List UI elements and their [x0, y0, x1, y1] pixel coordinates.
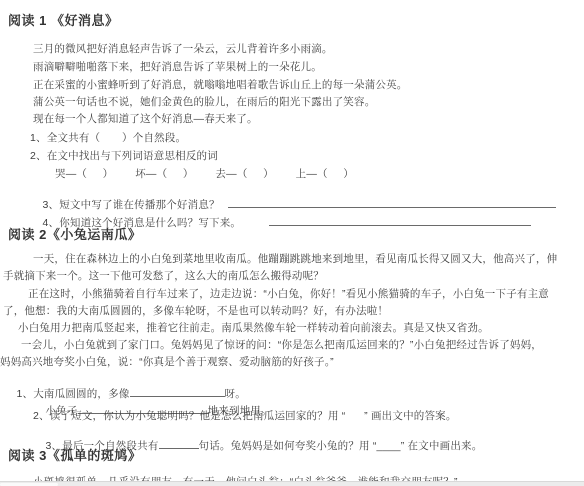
- paragraph-line: 小白兔用力把南瓜竖起来，推着它往前走。南瓜果然像车轮一样转动着向前滚去。真是又快…: [18, 322, 489, 334]
- answer-blank-line: [269, 216, 531, 226]
- question-line-2: 2、读了短文，你认为小兔聪明吗？他是怎么把南瓜运回家的？用 “ ” 画出文中的答…: [33, 410, 457, 422]
- paragraph-line: 正在这时，小熊猫骑着自行车过来了，边走边说：“小白兔，你好！”看见小熊猫骑的车子…: [28, 288, 549, 300]
- document-page: 阅读 1 《好消息》 三月的微风把好消息轻声告诉了一朵云，云儿背着许多小雨滴。 …: [0, 0, 584, 486]
- section-heading-reading1: 阅读 1 《好消息》: [8, 13, 118, 28]
- antonym-blanks-line: 哭—（ ） 坏—（ ） 去—（ ） 上—（ ）: [55, 168, 354, 180]
- horizontal-scrollbar[interactable]: [0, 481, 584, 486]
- paragraph-line: 了，他想：我的大南瓜圆圆的，多像车轮呀，不是也可以转动吗？好，有办法啦！: [3, 305, 388, 317]
- paragraph-line: 手就摘下来一个。这一下他可发愁了，这么大的南瓜怎么搬得动呢？: [3, 270, 324, 282]
- paragraph-line: 正在采蜜的小蜜蜂听到了好消息，就嗡嗡地唱着歌告诉山丘上的每一朵蒲公英。: [33, 79, 408, 91]
- paragraph-line: 雨滴噼噼啪啪落下来，把好消息告诉了苹果树上的一朵花儿。: [33, 61, 322, 73]
- question-text: 句话。兔妈妈是如何夸奖小兔的？用 “____” 在文中画出来。: [199, 440, 483, 452]
- section-heading-reading2: 阅读 2《小兔运南瓜》: [8, 227, 141, 242]
- section-heading-reading3: 阅读 3《孤单的斑鸠》: [8, 448, 141, 463]
- answer-blank-inline: [159, 439, 199, 449]
- question-line-2: 2、在文中找出与下列词语意思相反的词: [30, 150, 218, 162]
- question-line-1: 1、全文共有（ ）个自然段。: [30, 132, 186, 144]
- paragraph-line: 三月的微风把好消息轻声告诉了一朵云，云儿背着许多小雨滴。: [33, 43, 333, 55]
- paragraph-line: 蒲公英一句话也不说，她们金黄色的脸儿，在雨后的阳光下露出了笑容。: [33, 96, 375, 108]
- paragraph-line: 妈妈高兴地夸奖小白兔，说：“你真是个善于观察、爱动脑筋的好孩子。”: [0, 356, 334, 368]
- paragraph-line: 一天，住在森林边上的小白兔到菜地里收南瓜。他蹦蹦跳跳地来到地里，看见南瓜长得又圆…: [33, 253, 557, 265]
- paragraph-line: 现在每一个人都知道了这个好消息—春天来了。: [33, 113, 258, 125]
- paragraph-line: 一会儿，小白兔就到了家门口。兔妈妈见了惊讶的问：“你是怎么把南瓜运回来的？”小白…: [21, 339, 542, 351]
